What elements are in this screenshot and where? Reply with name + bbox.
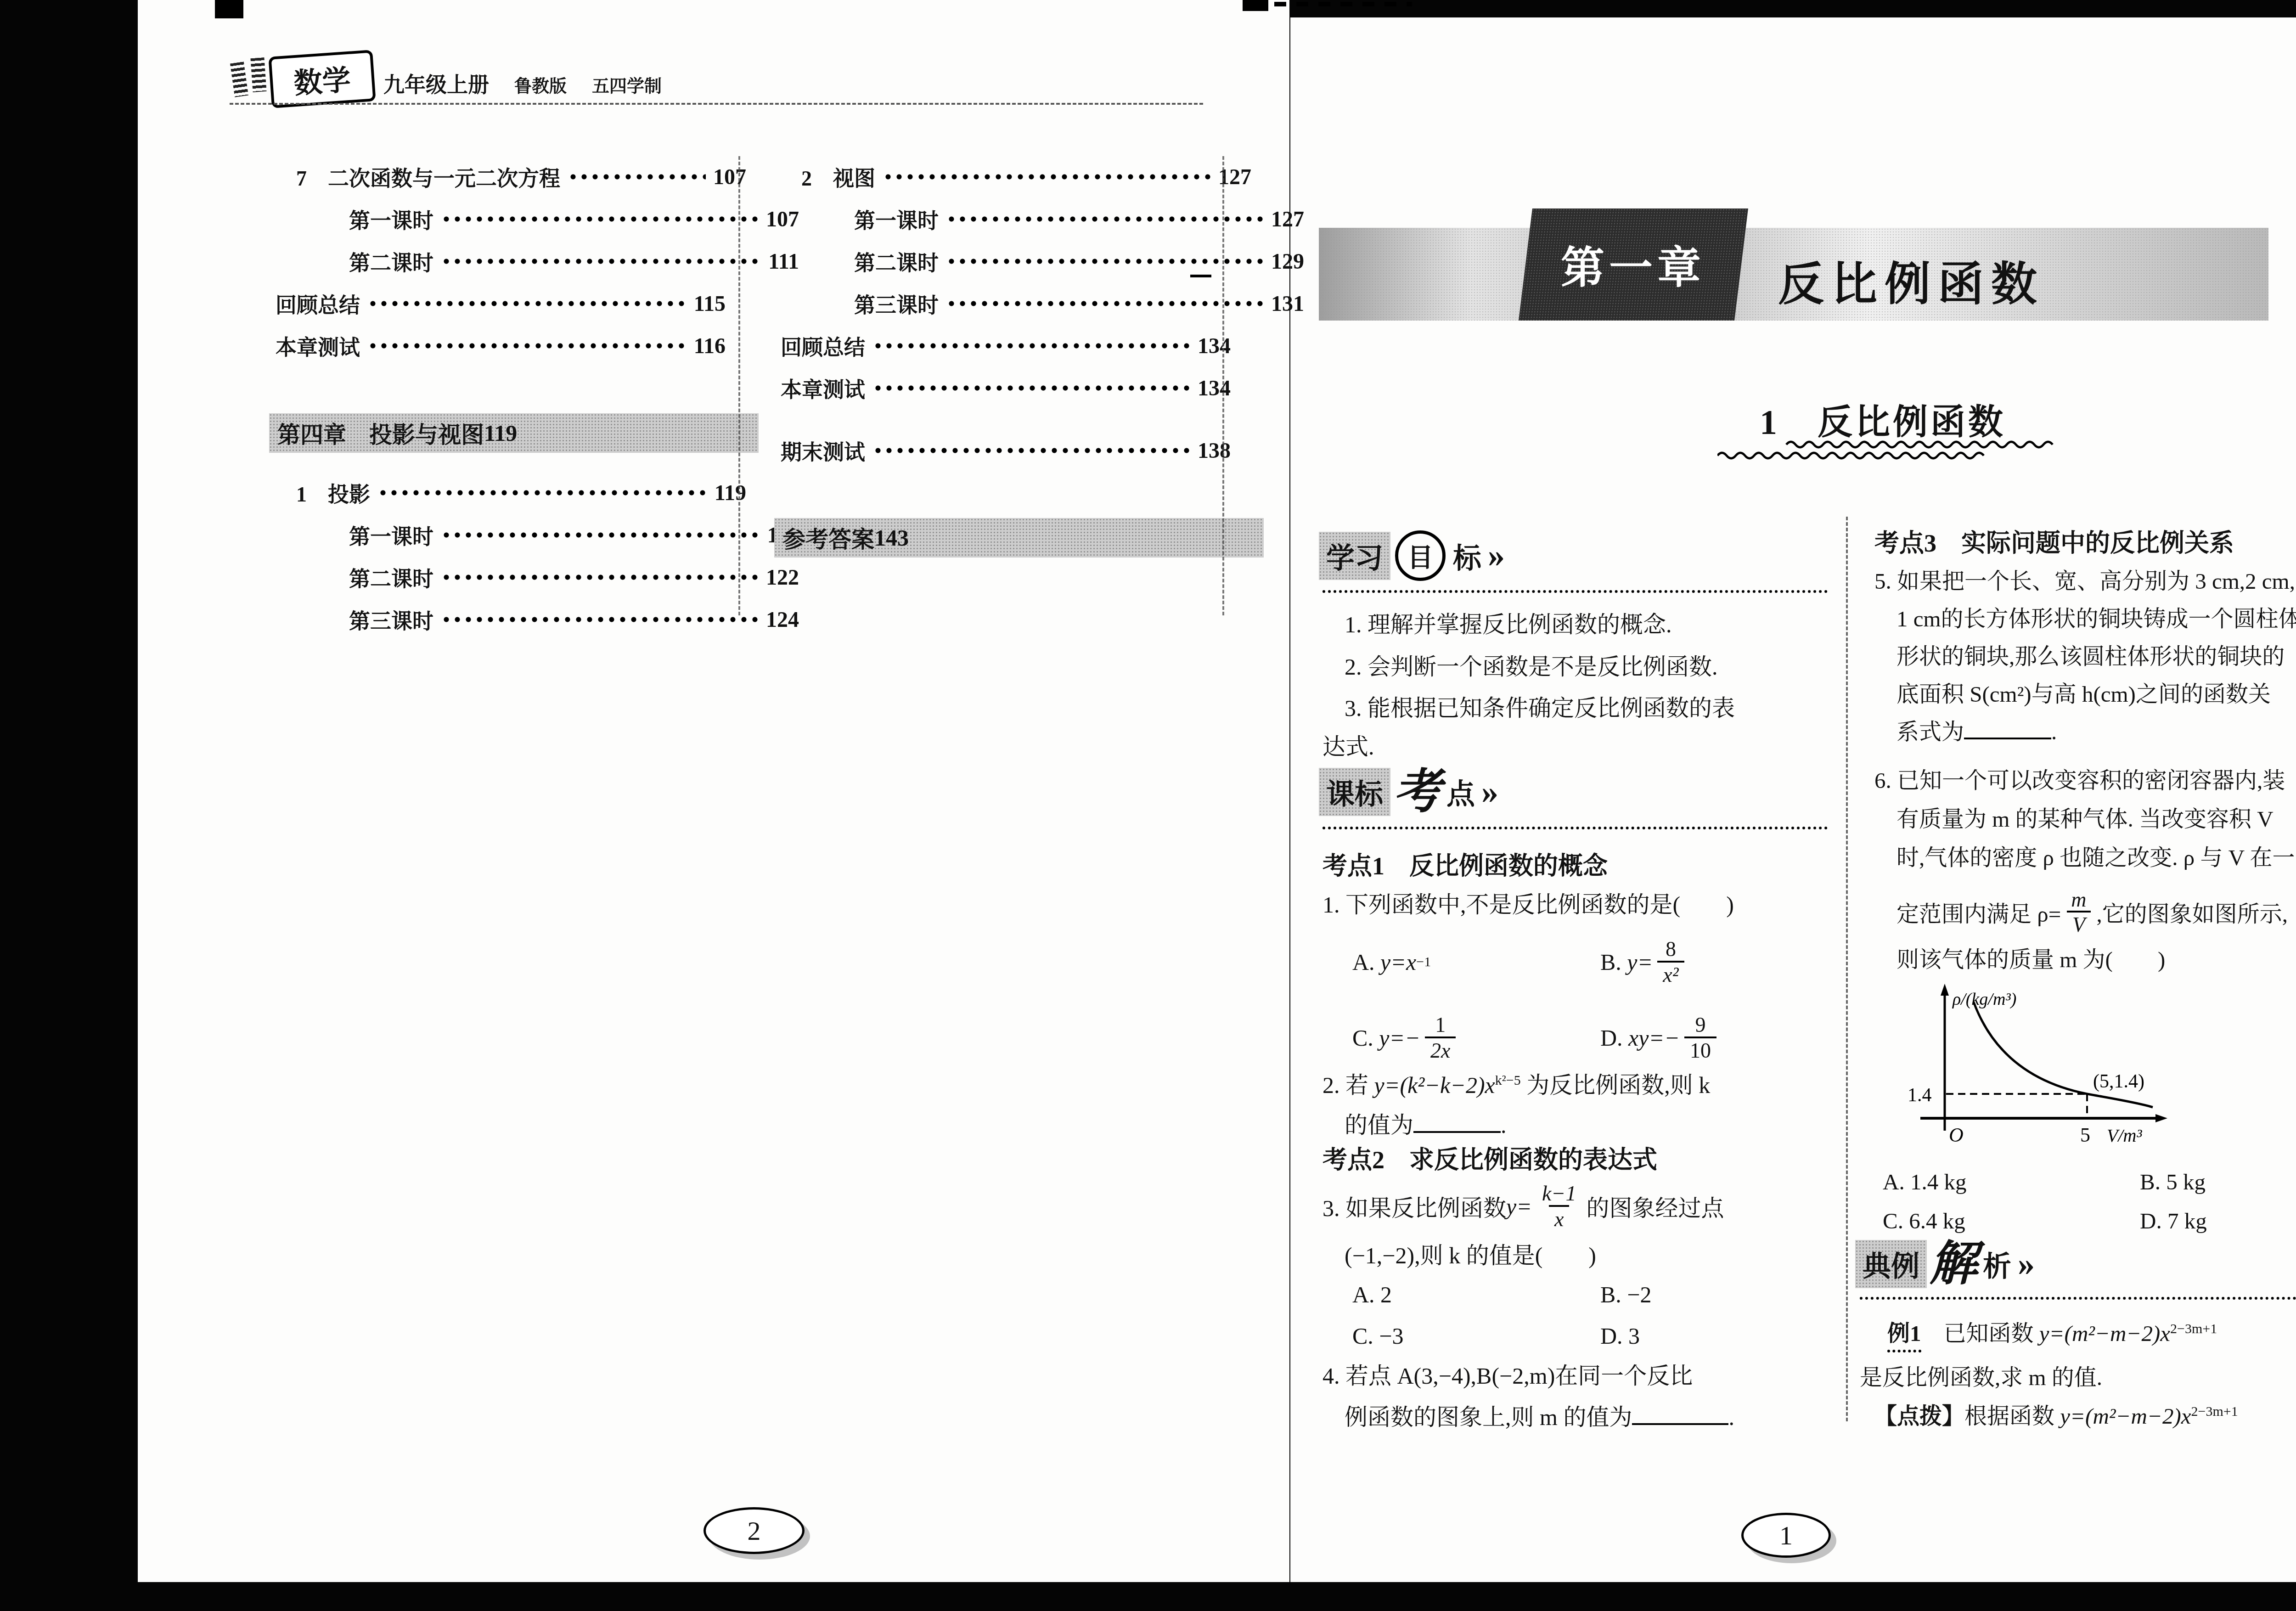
text: 为反比例函数,则 k xyxy=(1521,1072,1711,1098)
toc-label: 第一课时 xyxy=(349,520,433,550)
numerator: 9 xyxy=(1689,1014,1711,1036)
option-math: xy=− xyxy=(1628,1025,1680,1051)
fraction: 8x² xyxy=(1657,938,1684,986)
dot-leader xyxy=(872,447,1190,454)
publisher-label: 鲁教版 xyxy=(514,72,567,97)
exponent: k²−5 xyxy=(1495,1073,1521,1088)
toc-label: 第二课时 xyxy=(854,246,939,276)
dot-leader xyxy=(377,489,707,496)
page-number: 2 xyxy=(748,1515,761,1546)
header-tail-char: 析 xyxy=(1983,1244,2011,1284)
dot-leader xyxy=(367,342,687,349)
text: . xyxy=(1728,1404,1734,1430)
text: 2. 若 xyxy=(1322,1072,1374,1098)
dotted-rule xyxy=(1322,590,1828,593)
toc-page: 119 xyxy=(484,420,517,446)
toc-label: 第二课时 xyxy=(349,562,433,592)
option-b: B. −2 xyxy=(1600,1281,1652,1308)
option-label: A. xyxy=(1352,949,1375,975)
example-1-line2: 是反比例函数,求 m 的值. xyxy=(1860,1365,2102,1391)
question-5-line: 底面积 S(cm²)与高 h(cm)之间的函数关 xyxy=(1874,682,2271,707)
logo-tassel-icon xyxy=(250,57,266,92)
objective-line: 3. 能根据已知条件确定反比例函数的表 xyxy=(1322,695,1735,722)
numerator: 1 xyxy=(1429,1014,1451,1036)
toc-label: 回顾总结 xyxy=(781,331,865,361)
example-1-hint: 【点拨】根据函数 y=(m²−m−2)x2−3m+1 xyxy=(1874,1403,2238,1429)
origin-label: O xyxy=(1949,1124,1964,1146)
toc-page: 115 xyxy=(694,291,726,316)
header-brush-char: 解 xyxy=(1930,1240,1977,1288)
page-number: 1 xyxy=(1779,1520,1793,1551)
toc-page: 131 xyxy=(1271,291,1304,316)
header-box: 典例 xyxy=(1855,1240,1927,1288)
toc-row: 第二课时129 xyxy=(781,246,1304,276)
chapter-title: 反比例函数 xyxy=(1778,247,2044,313)
text: . xyxy=(1501,1112,1507,1138)
system-label: 五四学制 xyxy=(592,72,662,97)
toc-row: 第一课时119 xyxy=(276,520,799,550)
scan-mark xyxy=(1243,0,1268,11)
subject-logo: 数学 xyxy=(268,50,376,108)
dot-leader xyxy=(367,300,687,307)
numerator: 8 xyxy=(1660,938,1682,960)
toc-page: 119 xyxy=(715,480,746,506)
toc-page: 107 xyxy=(713,164,746,190)
exam-point-header: 课标 考 点 » xyxy=(1319,768,1498,816)
text: ,它的图象如图所示, xyxy=(2097,896,2288,929)
toc-chapter-banner: 第四章 投影与视图119 xyxy=(269,413,759,453)
toc-page: 129 xyxy=(1271,249,1304,274)
question-6-line: 时,气体的密度 ρ 也随之改变. ρ 与 V 在一 xyxy=(1874,845,2295,871)
option-sup: −1 xyxy=(1416,954,1431,970)
exam-point-3-title: 考点3 实际问题中的反比例关系 xyxy=(1874,529,2234,558)
denominator: x xyxy=(1554,1207,1564,1231)
page-number-badge: 2 xyxy=(703,1507,805,1554)
question-5-line: 1 cm的长方体形状的铜块铸成一个圆柱体 xyxy=(1874,606,2296,632)
question-1-options-cd: C. y=− 12x D. xy=− 910 xyxy=(1352,1003,1825,1072)
scan-mark xyxy=(215,0,243,18)
text: 系式为 xyxy=(1896,719,1964,744)
header-circle-char: 目 xyxy=(1395,530,1446,581)
question-3-options-cd: C. −3 D. 3 xyxy=(1352,1323,1640,1349)
option-d: D. 3 xyxy=(1600,1323,1640,1349)
text: . xyxy=(2051,719,2057,744)
fold-mark xyxy=(738,156,740,615)
header-meta: 九年级上册 鲁教版 五四学制 xyxy=(383,68,662,98)
question-1-options-ab: A. y=x−1 B. y= 8x² xyxy=(1352,930,1825,994)
column-divider xyxy=(1846,517,1848,1421)
math: y= xyxy=(1506,1193,1532,1220)
objective-line: 1. 理解并掌握反比例函数的概念. xyxy=(1322,612,1672,638)
question-6-line-frac: 定范围内满足 ρ= mV ,它的图象如图所示, xyxy=(1874,884,2288,941)
toc-row: 期末测试138 xyxy=(781,435,1231,466)
dot-leader xyxy=(441,531,760,539)
option-label: C. xyxy=(1352,1025,1373,1051)
dot-leader xyxy=(441,574,759,581)
y-tick-label: 1.4 xyxy=(1908,1085,1932,1106)
fraction: 12x xyxy=(1425,1014,1456,1062)
exam-point-2-title: 考点2 求反比例函数的表达式 xyxy=(1322,1146,1657,1174)
learning-goal-header: 学习 目 标 » xyxy=(1319,530,1505,581)
exponent: 2−3m+1 xyxy=(2191,1404,2238,1419)
question-4-line1: 4. 若点 A(3,−4),B(−2,m)在同一个反比 xyxy=(1322,1363,1693,1390)
page-number-badge: 1 xyxy=(1741,1513,1831,1558)
fold-mark xyxy=(1222,156,1224,615)
option-a: A. 2 xyxy=(1352,1281,1600,1308)
question-3-line2: (−1,−2),则 k 的值是( ) xyxy=(1322,1243,1596,1269)
left-page xyxy=(138,0,1289,1582)
toc-label: 2 视图 xyxy=(801,162,875,192)
question-5-line: 形状的铜块,那么该圆柱体形状的铜块的 xyxy=(1874,644,2285,670)
toc-label: 第一课时 xyxy=(349,204,433,234)
toc-label: 第三课时 xyxy=(854,288,939,319)
toc-page: 116 xyxy=(694,333,726,359)
toc-label: 本章测试 xyxy=(781,373,865,403)
denominator: 2x xyxy=(1430,1039,1450,1062)
toc-label: 第一课时 xyxy=(854,204,939,234)
section-title-text: 1 反比例函数 xyxy=(1760,403,2006,442)
toc-label: 第四章 投影与视图 xyxy=(277,417,484,450)
header-box: 课标 xyxy=(1319,768,1390,816)
toc-page: 124 xyxy=(766,607,799,632)
x-axis-arrow-icon xyxy=(2155,1114,2167,1122)
text: 已知函数 xyxy=(1921,1321,2039,1346)
point-label: (5,1.4) xyxy=(2093,1071,2144,1092)
question-6-options-ab: A. 1.4 kg B. 5 kg xyxy=(1883,1169,2206,1195)
toc-row: 第三课时131 xyxy=(781,288,1304,319)
question-2-line1: 2. 若 y=(k²−k−2)xk²−5 为反比例函数,则 k xyxy=(1322,1072,1710,1099)
option-math: y=− xyxy=(1379,1025,1420,1051)
option-label: B. xyxy=(1600,949,1621,975)
toc-row: 2 视图127 xyxy=(781,162,1251,192)
toc-label: 本章测试 xyxy=(276,331,360,361)
option-c: C. 6.4 kg xyxy=(1883,1208,2140,1234)
hint-tag: 【点拨】 xyxy=(1874,1403,1964,1429)
grade-label: 九年级上册 xyxy=(383,68,489,98)
toc-answers-banner: 参考答案143 xyxy=(774,518,1264,558)
question-1-stem: 1. 下列函数中,不是反比例函数的是( ) xyxy=(1322,892,1734,918)
toc-row: 第一课时107 xyxy=(276,204,799,234)
dot-leader xyxy=(946,258,1264,265)
denominator: 10 xyxy=(1684,1036,1716,1062)
fraction: mV xyxy=(2065,889,2092,936)
denominator: V xyxy=(2072,913,2085,936)
text: 定范围内满足 ρ= xyxy=(1896,896,2061,929)
chapter-number-block: 第一章 xyxy=(1519,208,1748,321)
header-tail-char: 标 xyxy=(1453,535,1481,576)
chevrons-icon: » xyxy=(1488,539,1505,573)
toc-row: 第三课时124 xyxy=(276,604,799,635)
header-box: 学习 xyxy=(1319,532,1390,580)
chevrons-icon: » xyxy=(1481,775,1498,809)
toc-label: 第二课时 xyxy=(349,246,433,276)
chapter-banner: 第一章 反比例函数 xyxy=(1319,228,2268,321)
text: 例函数的图象上,则 m 的值为 xyxy=(1345,1404,1632,1430)
toc-row: 第二课时111 xyxy=(276,246,799,276)
y-axis-label: ρ/(kg/m³) xyxy=(1952,990,2016,1009)
toc-row: 第二课时122 xyxy=(276,562,799,592)
density-volume-graph: ρ/(kg/m³) 1.4 (5,1.4) O 5 V/m³ xyxy=(1901,978,2195,1157)
option-c: C. −3 xyxy=(1352,1323,1600,1349)
answer-blank xyxy=(1413,1126,1501,1133)
option-b: B. y= 8x² xyxy=(1600,938,1689,986)
option-d: D. xy=− 910 xyxy=(1600,1014,1721,1062)
header-rule xyxy=(230,103,1203,105)
dotted-rule xyxy=(1860,1297,2296,1300)
example-1-line1: 例1 已知函数 y=(m²−m−2)x2−3m+1 xyxy=(1887,1321,2217,1346)
fraction: k−1x xyxy=(1536,1183,1581,1230)
question-5-line: 系式为. xyxy=(1874,719,2057,745)
toc-page: 138 xyxy=(1198,438,1231,463)
toc-page: 134 xyxy=(1198,376,1231,401)
text: 根据函数 xyxy=(1964,1403,2060,1429)
numerator: k−1 xyxy=(1542,1182,1576,1205)
toc-label: 1 投影 xyxy=(296,478,370,508)
question-3-line1: 3. 如果反比例函数 y= k−1x 的图象经过点 xyxy=(1322,1177,1724,1236)
toc-page: 127 xyxy=(1271,207,1304,232)
toc-label: 7 二次函数与一元二次方程 xyxy=(296,162,560,192)
denominator: x² xyxy=(1663,963,1678,986)
exam-point-1-title: 考点1 反比例函数的概念 xyxy=(1322,852,1608,880)
toc-row: 回顾总结134 xyxy=(781,331,1231,361)
option-a: A. y=x−1 xyxy=(1352,949,1600,975)
scan-mark xyxy=(1274,2,1412,6)
text: 的图象经过点 xyxy=(1586,1190,1724,1223)
toc-label: 参考答案 xyxy=(782,521,874,554)
toc-row: 1 投影119 xyxy=(276,478,746,508)
option-label: D. xyxy=(1600,1025,1623,1051)
toc-row: 回顾总结115 xyxy=(276,288,726,319)
header-brush-char: 考 xyxy=(1393,768,1441,816)
dot-leader xyxy=(441,258,761,265)
option-math: y=x xyxy=(1380,949,1416,975)
question-5-line: 5. 如果把一个长、宽、高分别为 3 cm,2 cm, xyxy=(1874,569,2295,594)
fraction: 910 xyxy=(1684,1014,1716,1062)
option-b: B. 5 kg xyxy=(2140,1169,2206,1195)
toc-page: 122 xyxy=(766,565,799,590)
option-math: y= xyxy=(1627,949,1653,975)
option-c: C. y=− 12x xyxy=(1352,1014,1600,1062)
math: y=(m²−m−2)x xyxy=(2060,1403,2191,1429)
exponent: 2−3m+1 xyxy=(2170,1321,2217,1336)
toc-row: 7 二次函数与一元二次方程107 xyxy=(276,162,746,192)
math: y=(m²−m−2)x xyxy=(2039,1321,2170,1346)
example-label: 例1 xyxy=(1887,1321,1921,1352)
objective-line: 达式. xyxy=(1322,734,1374,760)
chapter-number: 第一章 xyxy=(1561,233,1705,296)
y-axis-arrow-icon xyxy=(1941,984,1949,996)
dot-leader xyxy=(872,342,1190,349)
question-2-line2: 的值为. xyxy=(1322,1112,1507,1139)
question-6-line: 则该气体的质量 m 为( ) xyxy=(1874,947,2165,973)
dot-leader xyxy=(568,173,706,180)
toc-label: 第三课时 xyxy=(349,604,433,635)
dot-leader xyxy=(441,215,759,223)
option-a: A. 1.4 kg xyxy=(1883,1169,2140,1195)
section-title: 1 反比例函数 xyxy=(1717,394,2048,444)
dotted-rule xyxy=(1322,827,1828,829)
question-4-line2: 例函数的图象上,则 m 的值为. xyxy=(1322,1404,1734,1431)
scanned-spread: 数学 九年级上册 鲁教版 五四学制 7 二次函数与一元二次方程107 第一课时1… xyxy=(0,0,2296,1611)
answer-blank xyxy=(1632,1418,1728,1425)
toc-page: 134 xyxy=(1198,333,1231,359)
dot-leader xyxy=(872,384,1190,392)
x-tick-label: 5 xyxy=(2080,1124,2090,1146)
dot-leader xyxy=(946,215,1264,223)
question-6-line: 有质量为 m 的某种气体. 当改变容积 V xyxy=(1874,806,2273,832)
chevrons-icon: » xyxy=(2018,1247,2035,1281)
math: y=(k²−k−2)x xyxy=(1374,1072,1495,1098)
option-d: D. 7 kg xyxy=(2140,1208,2207,1234)
logo-text: 数学 xyxy=(293,56,352,101)
x-axis-label: V/m³ xyxy=(2107,1125,2142,1146)
toc-row: 本章测试134 xyxy=(781,373,1231,403)
text: 的值为 xyxy=(1345,1112,1413,1138)
question-6-options-cd: C. 6.4 kg D. 7 kg xyxy=(1883,1208,2207,1234)
header-tail-char: 点 xyxy=(1446,772,1475,812)
objective-line: 2. 会判断一个函数是不是反比例函数. xyxy=(1322,654,1718,681)
dot-leader xyxy=(946,300,1264,307)
text: 3. 如果反比例函数 xyxy=(1322,1190,1506,1223)
numerator: m xyxy=(2071,888,2086,911)
example-analysis-header: 典例 解 析 » xyxy=(1855,1240,2035,1288)
toc-label: 期末测试 xyxy=(781,435,865,466)
toc-row: 本章测试116 xyxy=(276,331,726,361)
dot-leader xyxy=(441,616,759,623)
dot-leader xyxy=(883,173,1211,180)
question-6-line: 6. 已知一个可以改变容积的密闭容器内,装 xyxy=(1874,768,2285,794)
wavy-underline xyxy=(1717,439,2066,465)
question-3-options-ab: A. 2 B. −2 xyxy=(1352,1281,1652,1308)
answer-blank xyxy=(1964,732,2051,739)
toc-page: 143 xyxy=(874,524,909,551)
toc-row: 第一课时127 xyxy=(781,204,1304,234)
toc-label: 回顾总结 xyxy=(276,288,360,319)
